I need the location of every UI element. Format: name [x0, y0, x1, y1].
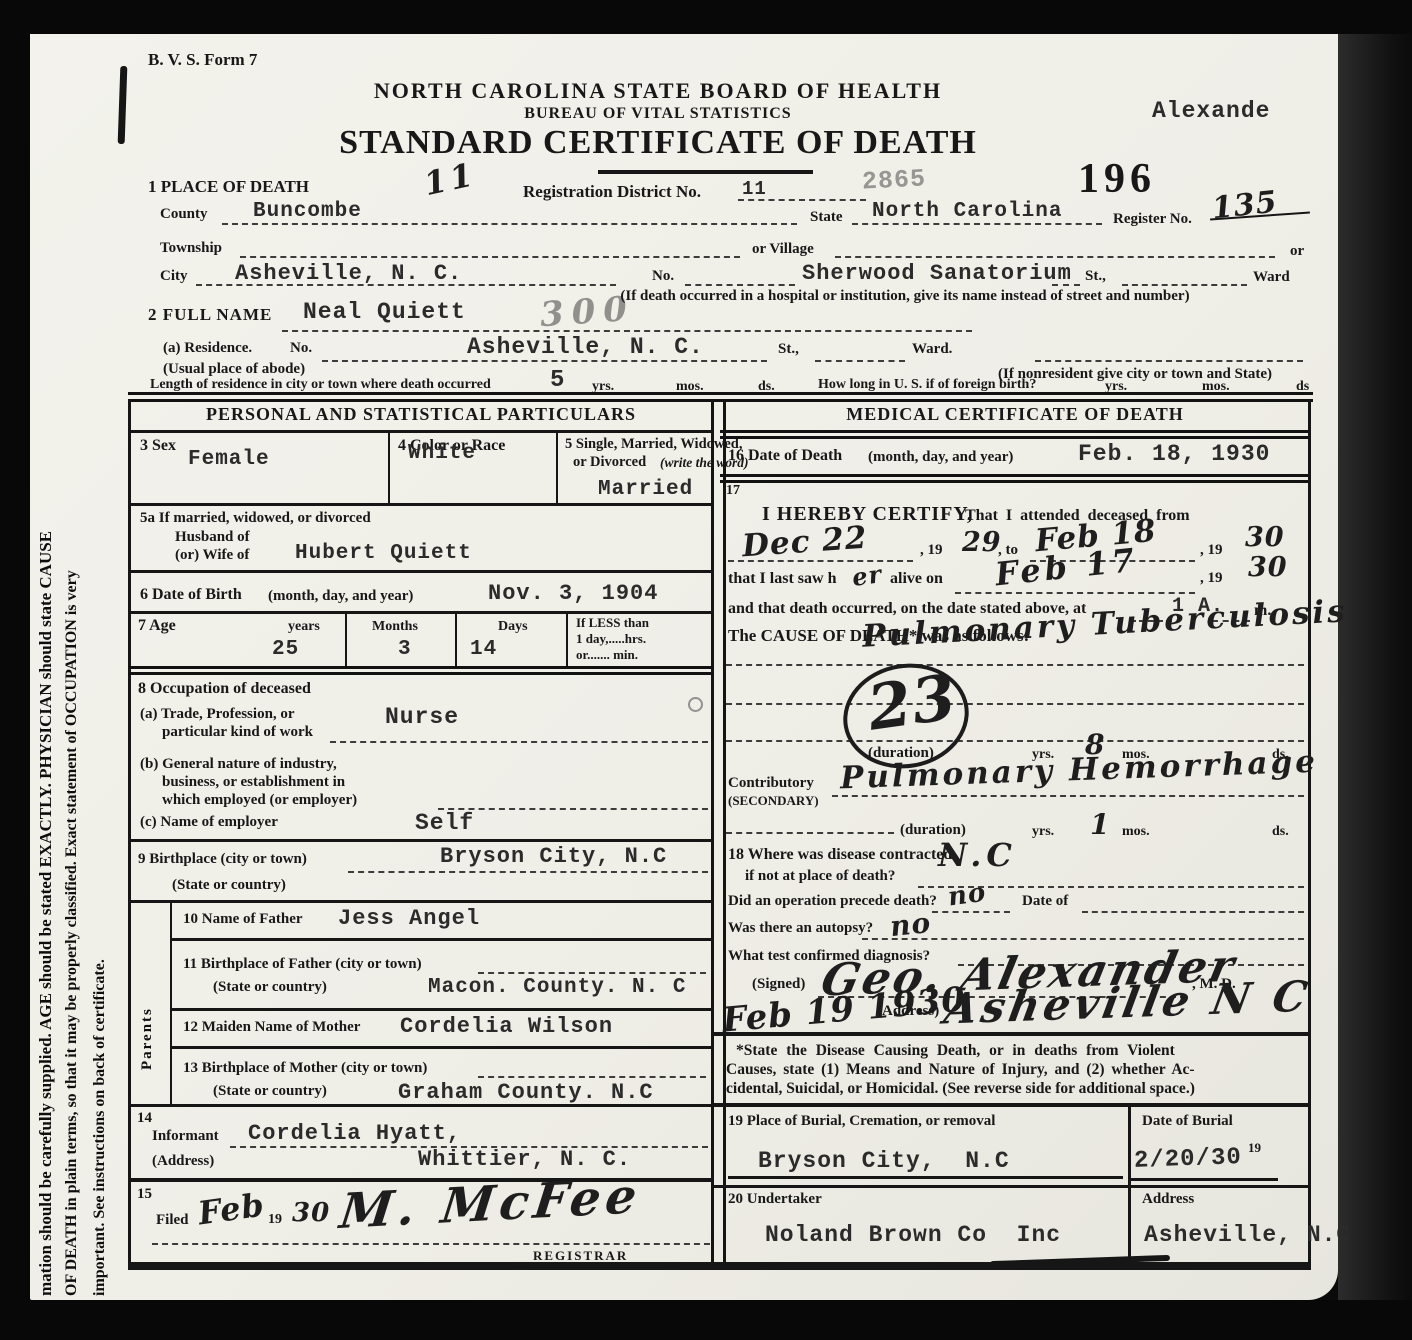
- dotted-line: [222, 223, 797, 225]
- disease-contracted-label-2: if not at place of death?: [745, 868, 895, 885]
- printed-19-b: , 19: [1200, 542, 1223, 559]
- register-no-label: Register No.: [1113, 211, 1192, 228]
- bureau-name: BUREAU OF VITAL STATISTICS: [128, 105, 1188, 123]
- dotted-line: [1035, 360, 1303, 362]
- county-value: Buncombe: [253, 200, 362, 223]
- margin-note-line1: mation should be carefully supplied. AGE…: [36, 58, 56, 1296]
- marital-value: Married: [598, 478, 693, 501]
- row-line: [128, 503, 714, 506]
- mother-name-value: Cordelia Wilson: [400, 1014, 613, 1039]
- occupation-a-label-1: (a) Trade, Profession, or: [140, 706, 295, 723]
- stray-mark: [688, 697, 703, 712]
- last-saw-label: that I last saw h: [728, 570, 836, 588]
- medical-header: MEDICAL CERTIFICATE OF DEATH: [722, 404, 1308, 425]
- footnote-line-2: Causes, state (1) Means and Nature of In…: [726, 1061, 1195, 1079]
- state-value: North Carolina: [872, 200, 1062, 223]
- city-label: City: [160, 268, 188, 285]
- age-label: 7 Age: [138, 617, 176, 635]
- mother-birthplace-sublabel: (State or country): [213, 1083, 327, 1100]
- full-name-label: 2 FULL NAME: [148, 305, 272, 325]
- cell-divider: [556, 433, 558, 505]
- register-no-value: 135: [1210, 185, 1279, 227]
- filed-label: Filed: [156, 1212, 189, 1229]
- line: [128, 430, 714, 433]
- alive-on-label: alive on: [890, 570, 943, 588]
- undertaker-address-label: Address: [1142, 1191, 1194, 1208]
- dotted-line: [282, 330, 972, 332]
- scan-edge-top: [0, 0, 1412, 34]
- line-double: [720, 474, 1308, 483]
- father-birthplace-sublabel: (State or country): [213, 979, 327, 996]
- operation-date-label: Date of: [1022, 893, 1068, 910]
- dotted-line: [240, 256, 740, 258]
- dotted-line: [478, 972, 706, 974]
- undertaker-value: Noland Brown Co Inc: [765, 1222, 1061, 1248]
- dotted-line: [738, 199, 866, 201]
- dotted-line: [832, 795, 1304, 797]
- burial-date-19-printed: 19: [1248, 1140, 1261, 1156]
- date-of-death-value: Feb. 18, 1930: [1078, 441, 1270, 467]
- dotted-line: [478, 1076, 706, 1078]
- registration-district-label: Registration District No.: [523, 182, 701, 202]
- dashed-line: [726, 664, 1304, 666]
- age-less-label-2: 1 day,.....hrs.: [576, 631, 646, 647]
- occupation-c-label: (c) Name of employer: [140, 814, 278, 831]
- birthplace-label: 9 Birthplace (city or town): [138, 851, 307, 868]
- last-saw-pronoun: er: [850, 559, 884, 592]
- index-name: Alexande: [1152, 98, 1270, 124]
- dotted-line: [685, 284, 795, 286]
- dotted-line: [438, 808, 708, 810]
- filed-num: 15: [137, 1186, 152, 1203]
- burial-underline: [728, 1176, 1123, 1179]
- residence-label: (a) Residence.: [163, 340, 252, 357]
- dotted-line: [728, 560, 913, 562]
- spouse-label-3: (or) Wife of: [175, 547, 249, 564]
- dotted-line: [932, 911, 1010, 913]
- dotted-line: [852, 223, 1102, 225]
- mother-birthplace-value: Graham County. N.C: [398, 1080, 654, 1105]
- duration2-mos-value: 1: [1090, 808, 1110, 841]
- dob-value: Nov. 3, 1904: [488, 581, 658, 606]
- age-less-label-1: If LESS than: [576, 615, 649, 631]
- dashed-line: [726, 832, 894, 834]
- certificate-number: 196: [1078, 155, 1156, 203]
- or-label: or: [1290, 243, 1304, 260]
- registrar-label: REGISTRAR: [533, 1248, 628, 1264]
- father-name-label: 10 Name of Father: [183, 911, 303, 928]
- age-months-value: 3: [398, 638, 412, 661]
- table-border-bottom: [128, 1262, 1311, 1270]
- filed-year-hand: 30: [292, 1198, 330, 1228]
- registration-district-stamp: 2865: [861, 164, 926, 196]
- informant-address-label: (Address): [152, 1153, 214, 1170]
- row-line-double: [128, 666, 714, 675]
- full-name-value: Neal Quiett: [303, 299, 466, 325]
- dashed-line: [726, 703, 1304, 705]
- dob-sublabel: (month, day, and year): [268, 588, 413, 605]
- street-label: St.,: [1085, 268, 1106, 285]
- item-17-label: 17: [726, 483, 740, 499]
- attended-from-year: 29: [962, 527, 1002, 558]
- printed-19-a: , 19: [920, 542, 943, 559]
- scanned-death-certificate: mation should be carefully supplied. AGE…: [0, 0, 1412, 1340]
- dotted-line: [835, 256, 1275, 258]
- cause-code-value: 23: [863, 660, 961, 745]
- printed-19-c: , 19: [1200, 570, 1223, 587]
- scan-edge-bottom: [0, 1300, 1412, 1340]
- burial-place-label: 19 Place of Burial, Cremation, or remova…: [728, 1113, 995, 1130]
- sex-value: Female: [188, 448, 270, 471]
- dotted-line: [152, 1243, 710, 1245]
- mother-birthplace-label: 13 Birthplace of Mother (city or town): [183, 1060, 427, 1077]
- residence-st-label: St.,: [778, 341, 799, 358]
- race-value: White: [408, 442, 476, 465]
- informant-num: 14: [137, 1110, 152, 1127]
- table-border-right: [1308, 399, 1311, 1269]
- margin-note-line2: OF DEATH in plain terms, so that it may …: [63, 58, 81, 1296]
- dotted-line: [1052, 284, 1080, 286]
- undertaker-address-value: Asheville, N.C: [1144, 1222, 1351, 1248]
- autopsy-label: Was there an autopsy?: [728, 920, 873, 937]
- burial-date-label: Date of Burial: [1142, 1113, 1233, 1130]
- full-name-hand-mark: 300: [539, 289, 637, 336]
- age-months-label: Months: [372, 619, 418, 635]
- row-line: [170, 1008, 714, 1011]
- duration2-ds-label: ds.: [1272, 824, 1289, 840]
- date-of-death-label: 16 Date of Death: [728, 447, 842, 465]
- physician-address-label: (Address): [877, 1003, 939, 1020]
- occupation-a-label-2: particular kind of work: [162, 724, 313, 741]
- sex-label: 3 Sex: [140, 437, 176, 455]
- line-double: [720, 430, 1308, 439]
- cell-divider: [345, 613, 347, 666]
- parents-group-label: Parents: [139, 940, 156, 1070]
- duration2-yrs-label: yrs.: [1032, 824, 1054, 840]
- age-days-value: 14: [470, 638, 497, 661]
- occupation-a-value: Nurse: [385, 704, 459, 730]
- row-line: [170, 1046, 714, 1049]
- spouse-label-1: 5a If married, widowed, or divorced: [140, 510, 371, 527]
- dotted-line: [1082, 911, 1304, 913]
- filed-19-printed: 19: [268, 1212, 282, 1228]
- dotted-line: [348, 871, 708, 873]
- age-years-label: years: [288, 619, 320, 635]
- row-line: [128, 611, 714, 614]
- line-thick: [714, 1103, 1308, 1107]
- row-line: [128, 900, 714, 903]
- margin-note-line3: important. See instructions on back of c…: [91, 58, 109, 1296]
- title-underline: [598, 170, 813, 174]
- birthplace-sublabel: (State or country): [172, 877, 286, 894]
- cell-divider: [566, 613, 568, 666]
- certificate-title: STANDARD CERTIFICATE OF DEATH: [128, 124, 1188, 162]
- occupation-b-label-3: which employed (or employer): [162, 792, 357, 809]
- dotted-line: [322, 360, 767, 362]
- occupation-b-label-2: business, or establishment in: [162, 774, 345, 791]
- secondary-label: (SECONDARY): [728, 793, 819, 809]
- spouse-value: Hubert Quiett: [295, 542, 472, 565]
- contributory-label: Contributory: [728, 775, 814, 792]
- foreign-birth-label: How long in U. S. if of foreign birth?: [818, 377, 1036, 393]
- date-of-death-sublabel: (month, day, and year): [868, 449, 1013, 466]
- father-name-value: Jess Angel: [338, 906, 480, 931]
- age-years-value: 25: [272, 638, 299, 661]
- row-line: [128, 839, 714, 842]
- father-birthplace-value: Macon. County. N. C: [428, 976, 686, 999]
- residence-value: Asheville, N. C.: [467, 334, 704, 360]
- informant-address-value: Whittier, N. C.: [418, 1147, 631, 1172]
- parents-divider: [170, 902, 172, 1104]
- row-line: [170, 938, 714, 941]
- last-saw-year: 30: [1248, 552, 1288, 583]
- table-border-left: [128, 399, 131, 1269]
- residence-no-label: No.: [290, 340, 312, 357]
- disease-contracted-value: N.C: [938, 836, 1017, 874]
- nonresident-note: (If nonresident give city or town and St…: [998, 366, 1272, 383]
- dotted-line: [955, 592, 1195, 594]
- footnote-line-3: cidental, Suicidal, or Homicidal. (See r…: [726, 1080, 1195, 1098]
- birthplace-value: Bryson City, N.C: [440, 844, 667, 869]
- length-years-value: 5: [550, 367, 565, 394]
- marital-label-1: 5 Single, Married, Widowed,: [565, 436, 743, 453]
- row-line: [128, 1104, 714, 1107]
- scan-background-right: [1338, 0, 1412, 1340]
- informant-label: Informant: [152, 1128, 219, 1145]
- disease-contracted-label: 18 Where was disease contracted: [728, 846, 952, 864]
- personal-header: PERSONAL AND STATISTICAL PARTICULARS: [131, 404, 711, 425]
- village-label: or Village: [752, 241, 814, 258]
- cell-divider: [455, 613, 457, 666]
- burial-date-underline: [1128, 1178, 1278, 1181]
- board-name: NORTH CAROLINA STATE BOARD OF HEALTH: [128, 78, 1188, 104]
- signed-label: (Signed): [752, 976, 805, 993]
- age-days-label: Days: [498, 619, 528, 635]
- father-birthplace-label: 11 Birthplace of Father (city or town): [183, 956, 422, 973]
- row-line: [714, 1185, 1308, 1188]
- certify-intro: I HEREBY CERTIFY,: [762, 503, 973, 526]
- abode-note: (Usual place of abode): [163, 361, 305, 378]
- place-of-death-label: 1 PLACE OF DEATH: [148, 177, 309, 197]
- dotted-line: [330, 741, 708, 743]
- dob-label: 6 Date of Birth: [140, 586, 242, 604]
- row-line: [128, 570, 714, 573]
- footnote-line-1: *State the Disease Causing Death, or in …: [736, 1042, 1175, 1060]
- cell-divider: [388, 433, 390, 505]
- city-value: Asheville, N. C.: [235, 261, 462, 286]
- length-residence-label: Length of residence in city or town wher…: [150, 377, 491, 393]
- residence-ward-label: Ward.: [912, 341, 952, 358]
- spouse-label-2: Husband of: [175, 529, 250, 546]
- occupation-c-value: Self: [415, 810, 474, 836]
- ward-label: Ward: [1253, 269, 1290, 286]
- marital-label-2: or Divorced: [573, 454, 646, 471]
- county-label: County: [160, 206, 208, 223]
- state-label: State: [810, 209, 843, 226]
- occupation-b-label-1: (b) General nature of industry,: [140, 756, 337, 773]
- dotted-line: [815, 360, 905, 362]
- column-divider: [711, 399, 726, 1269]
- house-no-label: No.: [652, 268, 674, 285]
- registration-district-value: 11: [742, 178, 767, 200]
- operation-value: no: [946, 877, 988, 912]
- informant-value: Cordelia Hyatt,: [248, 1121, 461, 1146]
- attended-to-year: 30: [1245, 522, 1285, 553]
- form-number: B. V. S. Form 7: [148, 50, 257, 70]
- undertaker-label: 20 Undertaker: [728, 1191, 822, 1208]
- dashed-line: [726, 740, 1304, 742]
- mother-name-label: 12 Maiden Name of Mother: [183, 1019, 360, 1036]
- duration2-mos-label: mos.: [1122, 824, 1150, 840]
- scan-edge-left: [0, 0, 30, 1340]
- institution-value: Sherwood Sanatorium: [802, 261, 1072, 286]
- occupation-label: 8 Occupation of deceased: [138, 680, 311, 698]
- line-thick: [714, 1032, 1308, 1036]
- burial-date-value: 2/20/30: [1134, 1144, 1243, 1175]
- dotted-line: [1122, 284, 1247, 286]
- township-label: Township: [160, 240, 222, 257]
- age-less-label-3: or....... min.: [576, 647, 638, 663]
- burial-place-value: Bryson City, N.C: [758, 1148, 1010, 1174]
